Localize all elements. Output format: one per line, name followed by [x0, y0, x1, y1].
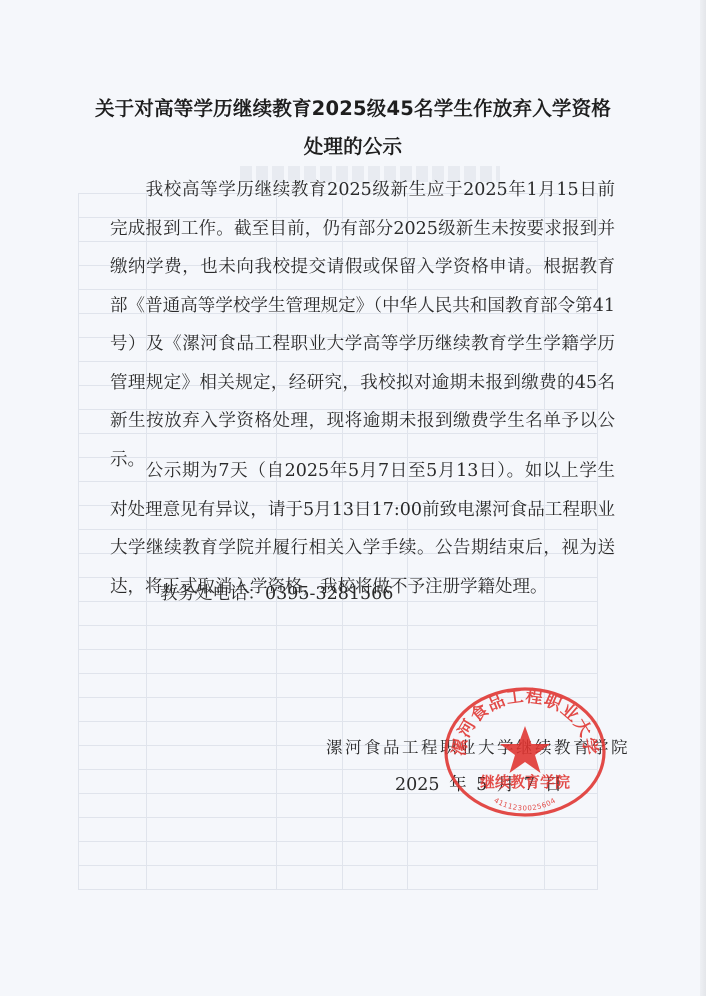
stamp-serial-number: 4111230025604 [493, 796, 558, 812]
official-seal-stamp-icon: 漯河食品工程职业大学 继续教育学院 4111230025604 [443, 686, 607, 818]
body-paragraph-1: 我校高等学历继续教育2025级新生应于2025年1月15日前完成报到工作。截至目… [110, 171, 615, 479]
contact-phone: 教务处电话：0395-3281566 [160, 580, 393, 605]
document-title-line-2: 处理的公示 [0, 131, 706, 159]
document-title-line-1: 关于对高等学历继续教育2025级45名学生作放弃入学资格 [0, 93, 706, 121]
stray-mark [384, 580, 386, 582]
stamp-bottom-text: 继续教育学院 [480, 773, 570, 791]
body-paragraph-2-text: 公示期为7天（自2025年5月7日至5月13日）。如以上学生对处理意见有异议，请… [110, 461, 615, 597]
body-paragraph-1-text: 我校高等学历继续教育2025级新生应于2025年1月15日前完成报到工作。截至目… [110, 180, 615, 470]
svg-text:4111230025604: 4111230025604 [493, 796, 558, 812]
